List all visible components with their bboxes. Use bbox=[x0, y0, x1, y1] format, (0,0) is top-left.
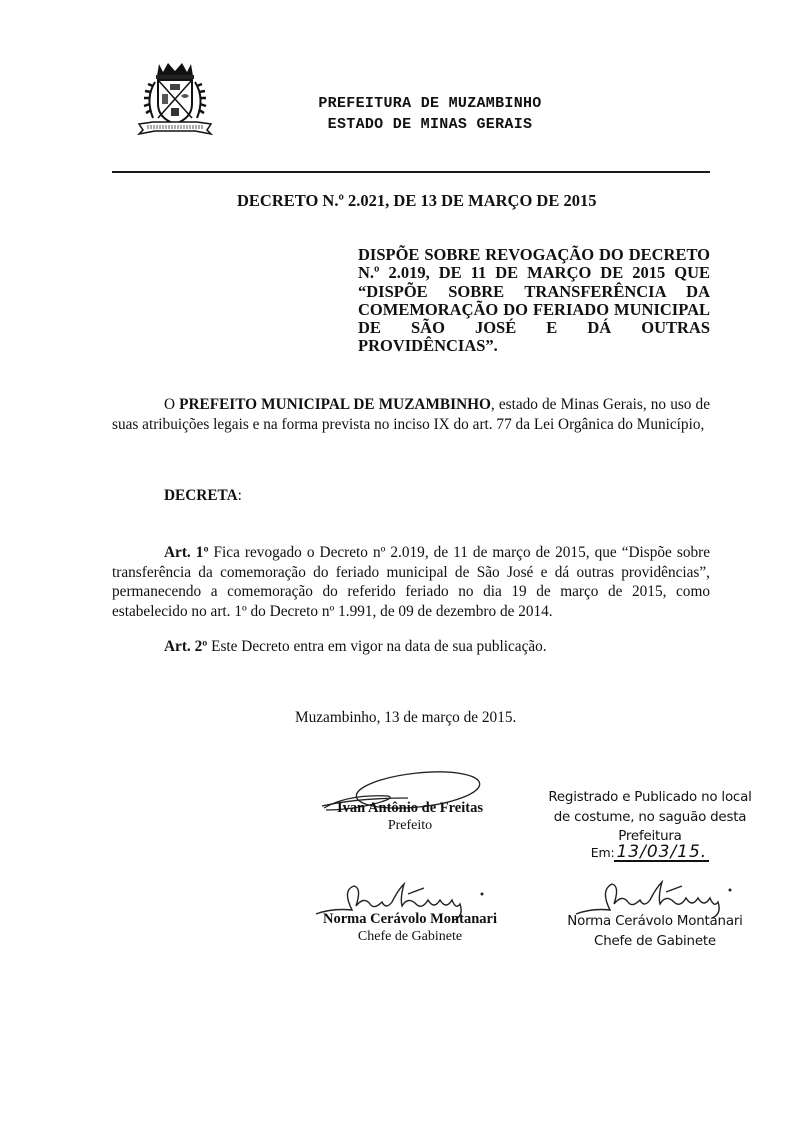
stamp-date-line: Em:13/03/15. bbox=[540, 843, 760, 864]
mayor-signature-block: Ivan Antônio de Freitas Prefeito bbox=[300, 799, 520, 835]
letterhead-line-1: PREFEITURA DE MUZAMBINHO bbox=[230, 93, 630, 114]
decreta-heading: DECRETA: bbox=[164, 487, 242, 505]
chief-role: Chefe de Gabinete bbox=[300, 928, 520, 946]
article-1-label: Art. 1º bbox=[164, 544, 209, 561]
letterhead: PREFEITURA DE MUZAMBINHO ESTADO DE MINAS… bbox=[230, 93, 630, 135]
registration-stamp: Registrado e Publicado no local de costu… bbox=[540, 788, 760, 863]
coat-of-arms-icon bbox=[137, 58, 213, 136]
header-divider bbox=[112, 171, 710, 173]
article-2: Art. 2º Este Decreto entra em vigor na d… bbox=[112, 637, 710, 657]
letterhead-line-2: ESTADO DE MINAS GERAIS bbox=[230, 114, 630, 135]
stamp-line-1: Registrado e Publicado no local bbox=[540, 788, 760, 808]
mayor-name: Ivan Antônio de Freitas bbox=[300, 799, 520, 817]
article-1: Art. 1º Fica revogado o Decreto nº 2.019… bbox=[112, 543, 710, 621]
stamp-signer-role: Chefe de Gabinete bbox=[540, 932, 770, 952]
stamp-line-2: de costume, no saguão desta bbox=[540, 808, 760, 828]
article-2-text: Este Decreto entra em vigor na data de s… bbox=[207, 638, 546, 655]
stamp-signer-name: Norma Cerávolo Montanari bbox=[540, 912, 770, 932]
chief-name: Norma Cerávolo Montanari bbox=[300, 910, 520, 928]
chief-signature-block: Norma Cerávolo Montanari Chefe de Gabine… bbox=[300, 910, 520, 946]
decree-summary: DISPÕE SOBRE REVOGAÇÃO DO DECRETO N.º 2.… bbox=[358, 246, 710, 356]
mayor-role: Prefeito bbox=[300, 817, 520, 835]
preamble-paragraph: O PREFEITO MUNICIPAL DE MUZAMBINHO, esta… bbox=[112, 395, 710, 434]
preamble-prefix: O bbox=[164, 396, 179, 413]
stamp-date-label: Em: bbox=[591, 845, 615, 860]
preamble-authority: PREFEITO MUNICIPAL DE MUZAMBINHO bbox=[179, 396, 491, 413]
place-and-date: Muzambinho, 13 de março de 2015. bbox=[295, 709, 516, 727]
article-2-label: Art. 2º bbox=[164, 638, 207, 655]
stamp-date-value: 13/03/15. bbox=[614, 844, 709, 862]
stamp-signer-block: Norma Cerávolo Montanari Chefe de Gabine… bbox=[540, 912, 770, 952]
decree-title: DECRETO N.º 2.021, DE 13 DE MARÇO DE 201… bbox=[237, 191, 596, 211]
